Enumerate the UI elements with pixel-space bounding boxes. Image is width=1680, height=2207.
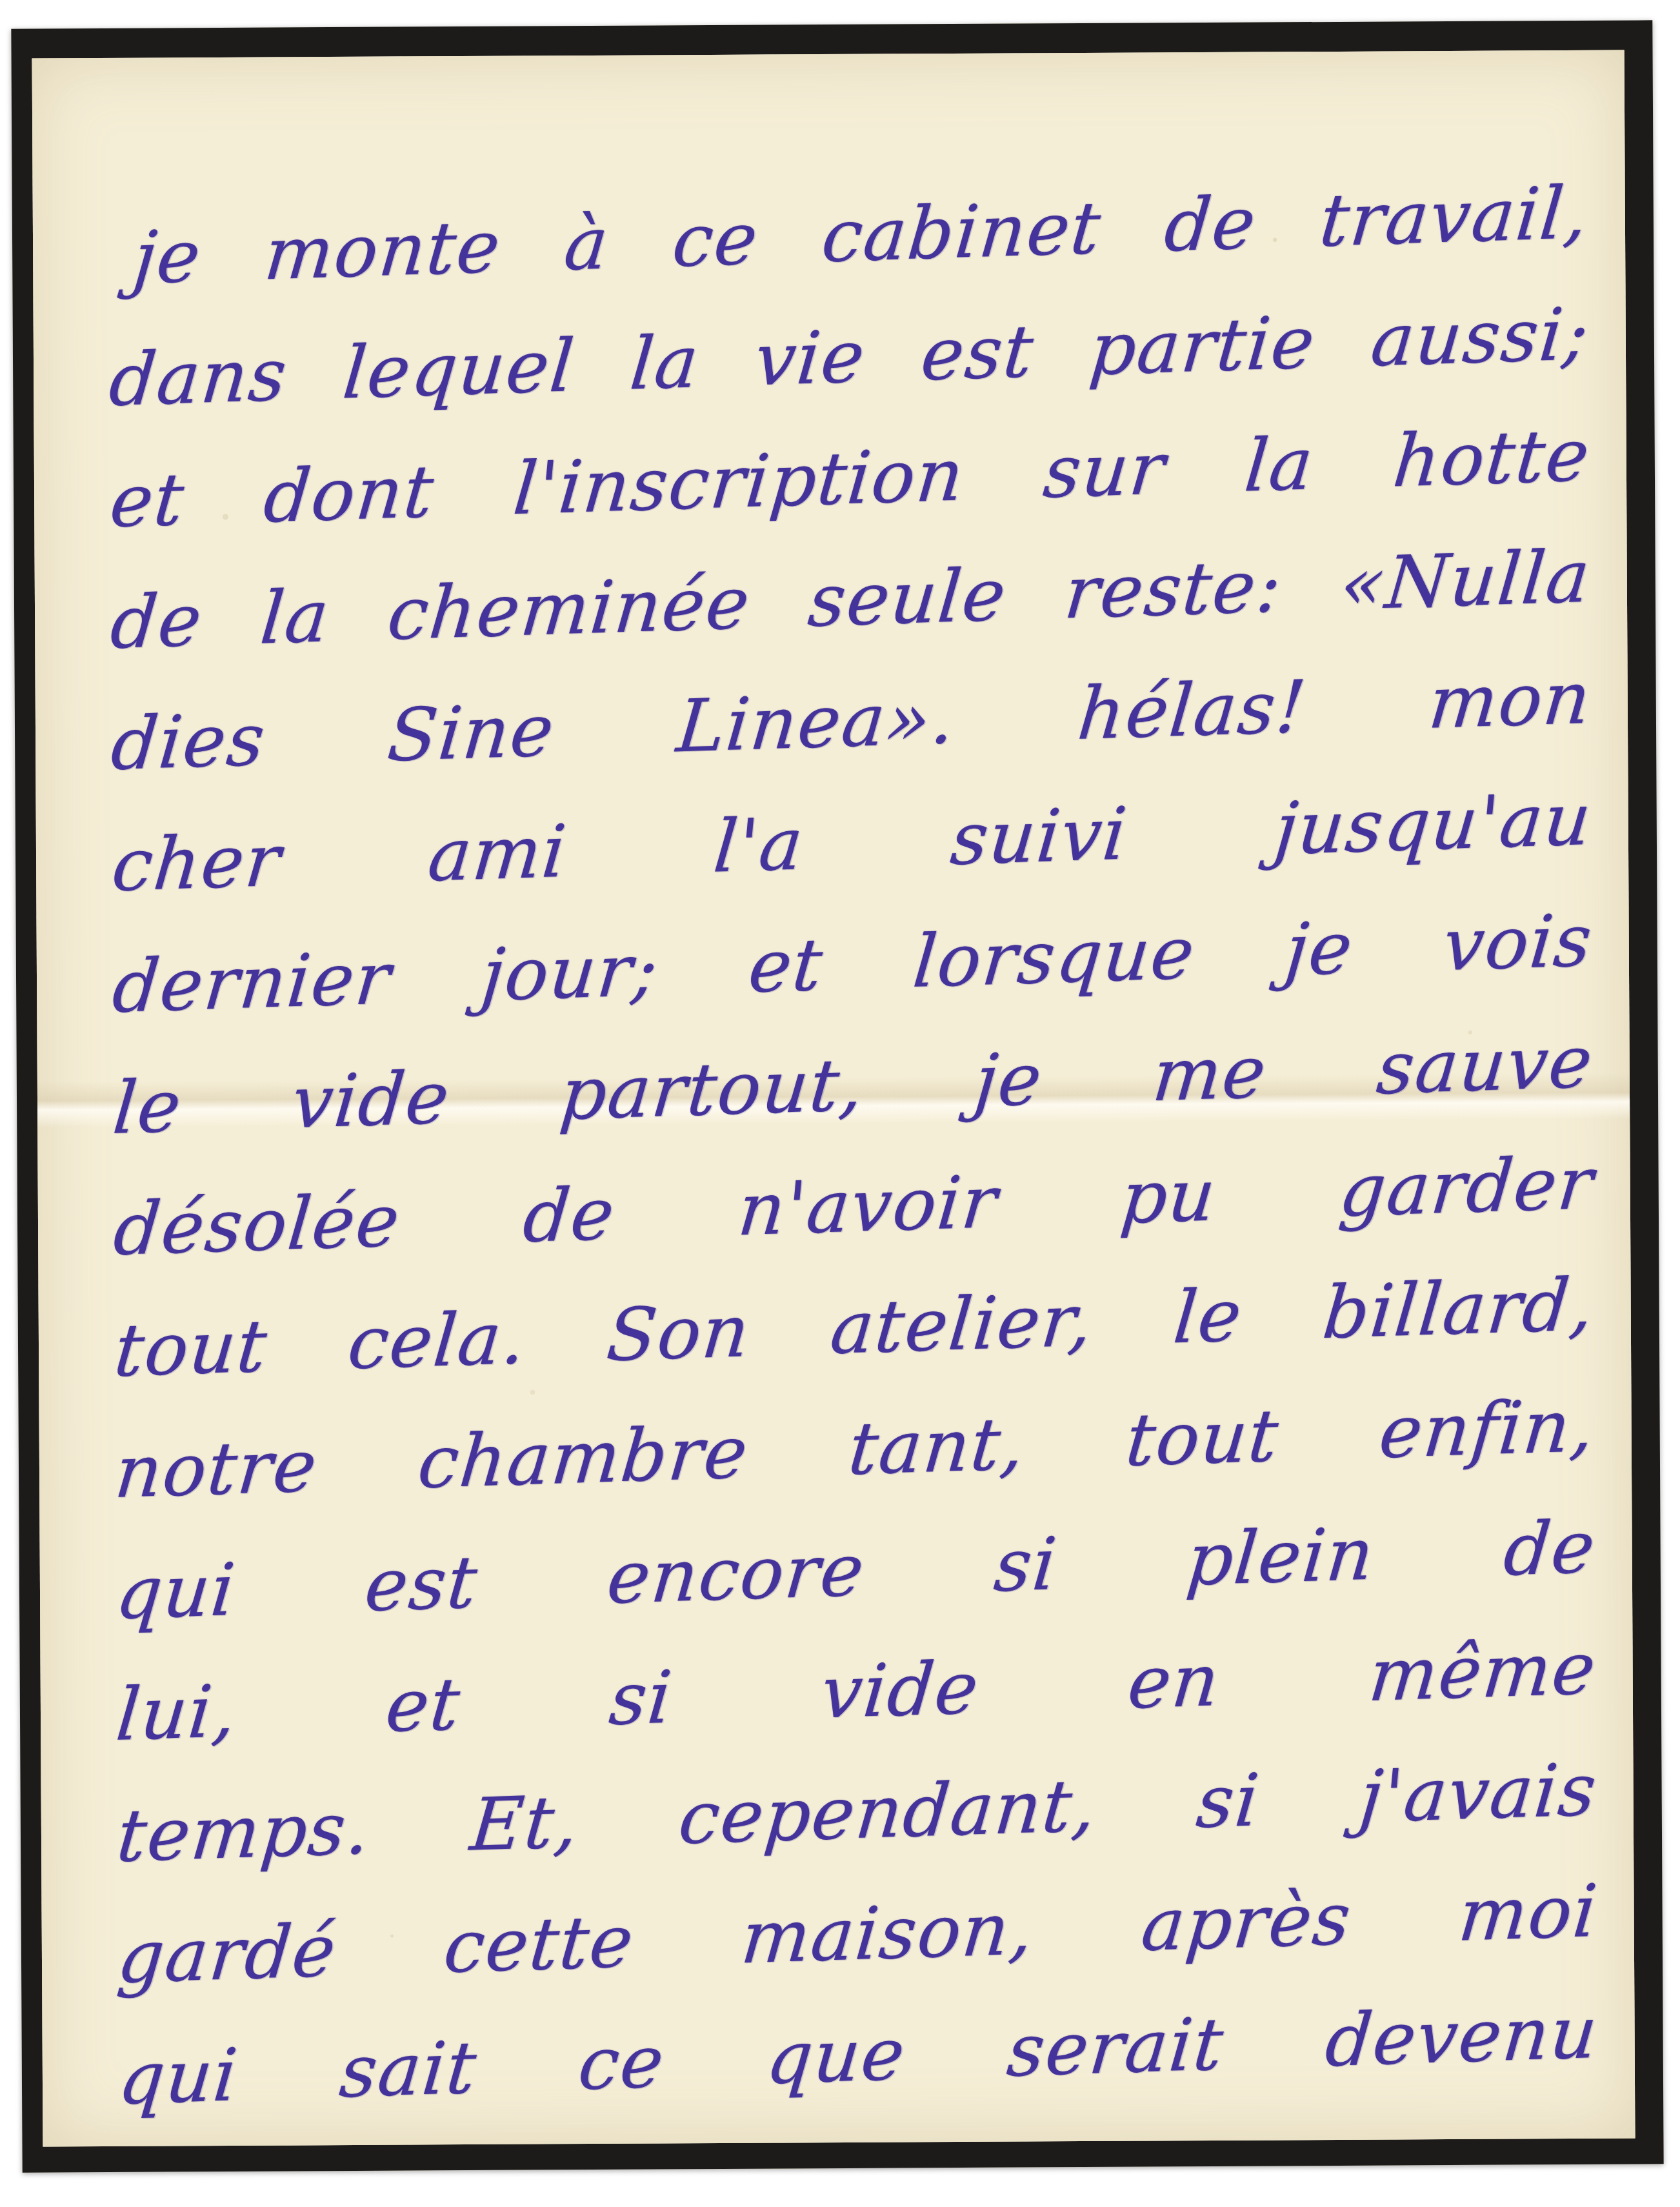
letter-card: je monte à ce cabinet de travail, dans l… [11,20,1663,2172]
paper-texture: je monte à ce cabinet de travail, dans l… [32,50,1635,2147]
letter-body: je monte à ce cabinet de travail, dans l… [109,191,1599,2140]
